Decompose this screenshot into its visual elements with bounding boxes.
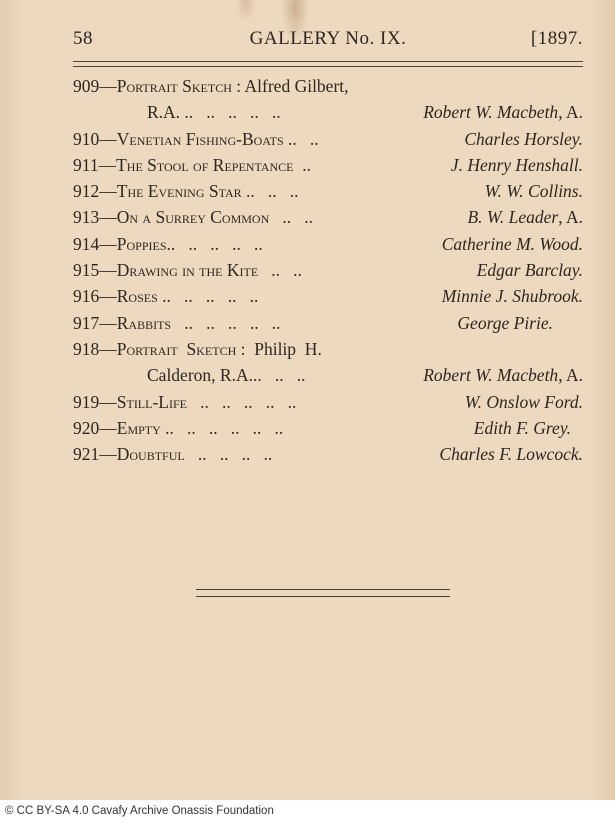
dash: — [99, 260, 117, 280]
entry-title: Doubtful [117, 444, 185, 464]
entry-912: 912—The Evening Star .. .. .. W. W. Coll… [73, 178, 583, 204]
artist-name: Catherine M. Wood. [442, 234, 583, 254]
entry-title: The Evening Star [117, 181, 242, 201]
page-title: GALLERY No. IX. [73, 28, 583, 50]
entry-artist: Minnie J. Shubrook. [442, 283, 583, 309]
entry-artist: Robert W. Macbeth, A. [423, 99, 583, 125]
dot-leader: .. .. [269, 207, 313, 227]
artist-name: Charles Horsley. [464, 129, 583, 149]
entry-artist: Robert W. Macbeth, A. [423, 362, 583, 388]
dash: — [99, 207, 117, 227]
entry-911: 911—The Stool of Repentance .. J. Henry … [73, 152, 583, 178]
dash: — [99, 129, 117, 149]
entry-artist: Edgar Barclay. [477, 257, 583, 283]
artist-suffix: , A. [558, 207, 583, 227]
entry-continuation: R.A. .. .. .. .. .. [147, 102, 281, 122]
entry-919: 919—Still-Life .. .. .. .. .. W. Onslow … [73, 389, 583, 415]
artist-name: W. Onslow Ford. [465, 392, 583, 412]
dot-leader: .. .. .. [242, 181, 299, 201]
entry-914: 914—Poppies.. .. .. .. .. Catherine M. W… [73, 231, 583, 257]
entry-921: 921—Doubtful .. .. .. .. Charles F. Lowc… [73, 441, 583, 467]
artist-name: Robert W. Macbeth [423, 102, 558, 122]
entry-number: 916 [73, 286, 99, 306]
entry-number: 912 [73, 181, 99, 201]
entry-title: Rabbits [117, 313, 171, 333]
entry-artist: J. Henry Henshall. [451, 152, 583, 178]
entry-artist: B. W. Leader, A. [467, 204, 583, 230]
entry-artist: George Pirie. [457, 310, 553, 336]
dot-leader: .. .. .. .. [185, 444, 273, 464]
entry-number: 911 [73, 155, 99, 175]
entry-title: Roses [117, 286, 158, 306]
entry-title-extra: : Philip H. [236, 339, 322, 359]
artist-name: Charles F. Lowcock. [439, 444, 583, 464]
dot-leader: .. .. .. .. .. [171, 313, 280, 333]
entry-917: 917—Rabbits .. .. .. .. .. George Pirie. [73, 310, 583, 336]
entry-number: 921 [73, 444, 99, 464]
dot-leader: .. .. .. .. .. .. [161, 418, 284, 438]
dot-leader: .. [293, 155, 311, 175]
dot-leader: .. .. .. .. .. [158, 286, 259, 306]
entry-number: 914 [73, 234, 99, 254]
dot-leader: .. .. [284, 129, 319, 149]
dash: — [99, 234, 117, 254]
entry-continuation: Calderon, R.A... .. .. [147, 365, 305, 385]
entry-artist: Charles Horsley. [464, 126, 583, 152]
entry-918-line-1: 918—Portrait Sketch : Philip H. [73, 336, 583, 362]
entry-915: 915—Drawing in the Kite .. .. Edgar Barc… [73, 257, 583, 283]
entry-title: Still-Life [117, 392, 187, 412]
dash: — [99, 444, 117, 464]
entry-title-extra: : Alfred Gilbert, [232, 76, 349, 96]
entry-number: 913 [73, 207, 99, 227]
entry-artist: W. Onslow Ford. [465, 389, 583, 415]
artist-name: Edith F. Grey. [474, 418, 571, 438]
artist-suffix: , A. [558, 365, 583, 385]
entry-920: 920—Empty .. .. .. .. .. .. Edith F. Gre… [73, 415, 583, 441]
artist-suffix: , A. [558, 102, 583, 122]
entry-title: Drawing in the Kite [117, 260, 258, 280]
entry-number: 909 [73, 76, 99, 96]
artist-name: B. W. Leader [467, 207, 558, 227]
entry-artist: Charles F. Lowcock. [439, 441, 583, 467]
entry-title: Portrait Sketch [117, 339, 237, 359]
entry-910: 910—Venetian Fishing-Boats .. .. Charles… [73, 126, 583, 152]
artist-name: George Pirie. [457, 313, 553, 333]
dot-leader: .. .. .. .. .. [187, 392, 296, 412]
entry-909-line-1: 909—Portrait Sketch : Alfred Gilbert, [73, 73, 583, 99]
entry-title: Poppies [117, 234, 167, 254]
artist-name: Robert W. Macbeth [423, 365, 558, 385]
end-rule [196, 589, 450, 597]
dash: — [99, 286, 117, 306]
entry-number: 917 [73, 313, 99, 333]
entry-number: 920 [73, 418, 99, 438]
copyright-credit: © CC BY-SA 4.0 Cavafy Archive Onassis Fo… [5, 805, 274, 817]
artist-name: Minnie J. Shubrook. [442, 286, 583, 306]
entry-title: Venetian Fishing-Boats [117, 129, 284, 149]
running-header: 58 GALLERY No. IX. [1897. [73, 28, 583, 56]
artist-name: Edgar Barclay. [477, 260, 583, 280]
entry-title: Portrait Sketch [117, 76, 232, 96]
header-rule [73, 61, 583, 67]
entry-title: On a Surrey Common [117, 207, 270, 227]
book-page: 58 GALLERY No. IX. [1897. 909—Portrait S… [0, 0, 615, 800]
entry-number: 915 [73, 260, 99, 280]
entry-title: Empty [117, 418, 161, 438]
dash: — [99, 181, 117, 201]
artist-name: J. Henry Henshall. [451, 155, 583, 175]
dot-leader: .. .. .. .. .. [167, 234, 263, 254]
entry-909-line-2: R.A. .. .. .. .. .. Robert W. Macbeth, A… [73, 99, 583, 125]
entry-artist: Catherine M. Wood. [442, 231, 583, 257]
header-year: [1897. [531, 28, 583, 50]
entry-title: The Stool of Repentance [116, 155, 293, 175]
dash: — [99, 76, 117, 96]
catalogue-entries: 909—Portrait Sketch : Alfred Gilbert, R.… [73, 73, 583, 467]
entry-918-line-2: Calderon, R.A... .. .. Robert W. Macbeth… [73, 362, 583, 388]
entry-number: 919 [73, 392, 99, 412]
entry-artist: Edith F. Grey. [474, 415, 571, 441]
dash: — [99, 418, 117, 438]
dash: — [99, 155, 117, 175]
entry-916: 916—Roses .. .. .. .. .. Minnie J. Shubr… [73, 283, 583, 309]
dash: — [99, 392, 117, 412]
entry-number: 918 [73, 339, 99, 359]
artist-name: W. W. Collins. [485, 181, 583, 201]
dot-leader: .. .. [258, 260, 302, 280]
entry-artist: W. W. Collins. [485, 178, 583, 204]
dash: — [99, 339, 117, 359]
entry-913: 913—On a Surrey Common .. .. B. W. Leade… [73, 204, 583, 230]
dash: — [99, 313, 117, 333]
entry-number: 910 [73, 129, 99, 149]
